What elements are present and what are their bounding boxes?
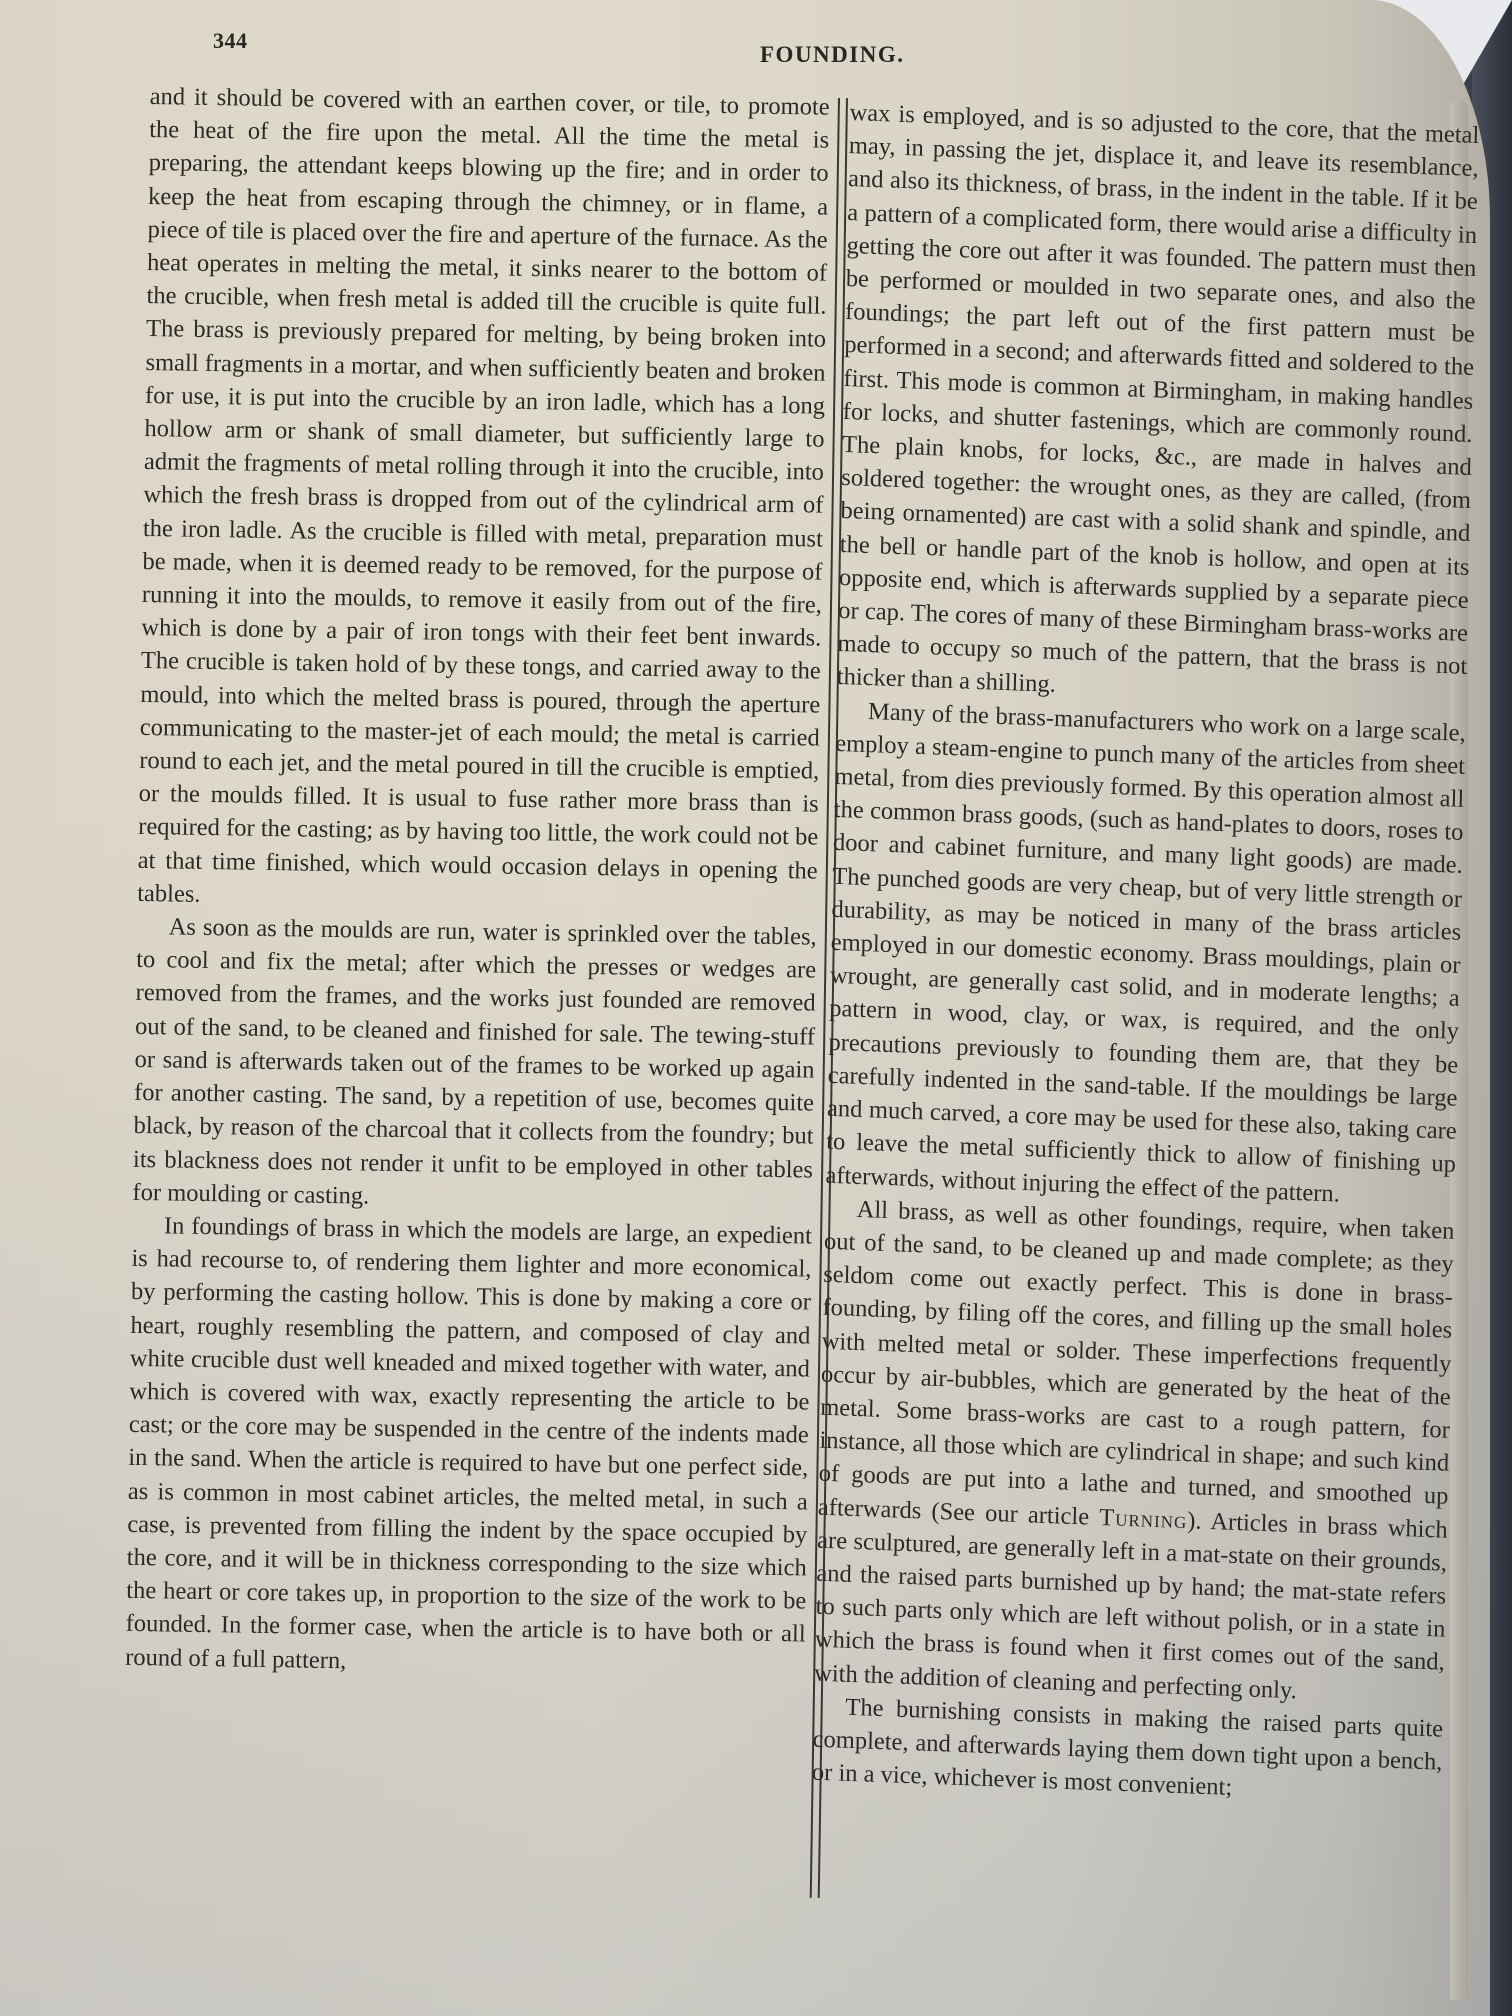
paragraph: As soon as the moulds are run, water is … (132, 910, 817, 1219)
right-column: wax is employed, and is so adjusted to t… (812, 96, 1480, 1812)
paragraph-text: All brass, as well as other foundings, r… (818, 1196, 1455, 1531)
paragraph: and it should be covered with an earthen… (137, 80, 830, 921)
book-page: 344 FOUNDING. and it should be covered w… (0, 0, 1490, 2016)
paragraph: In foundings of brass in which the model… (125, 1209, 812, 1684)
page-number: 344 (213, 28, 248, 54)
running-head: FOUNDING. (760, 42, 904, 68)
paragraph: All brass, as well as other foundings, r… (814, 1191, 1455, 1712)
paragraph: wax is employed, and is so adjusted to t… (836, 96, 1479, 717)
page-header: 344 FOUNDING. (0, 28, 1490, 68)
left-column: and it should be covered with an earthen… (125, 80, 830, 1684)
paragraph-text: ). Articles in brass which are sculpture… (814, 1507, 1448, 1704)
cross-reference: Turning (1099, 1503, 1188, 1533)
paragraph: Many of the brass-manufacturers who work… (825, 694, 1466, 1215)
